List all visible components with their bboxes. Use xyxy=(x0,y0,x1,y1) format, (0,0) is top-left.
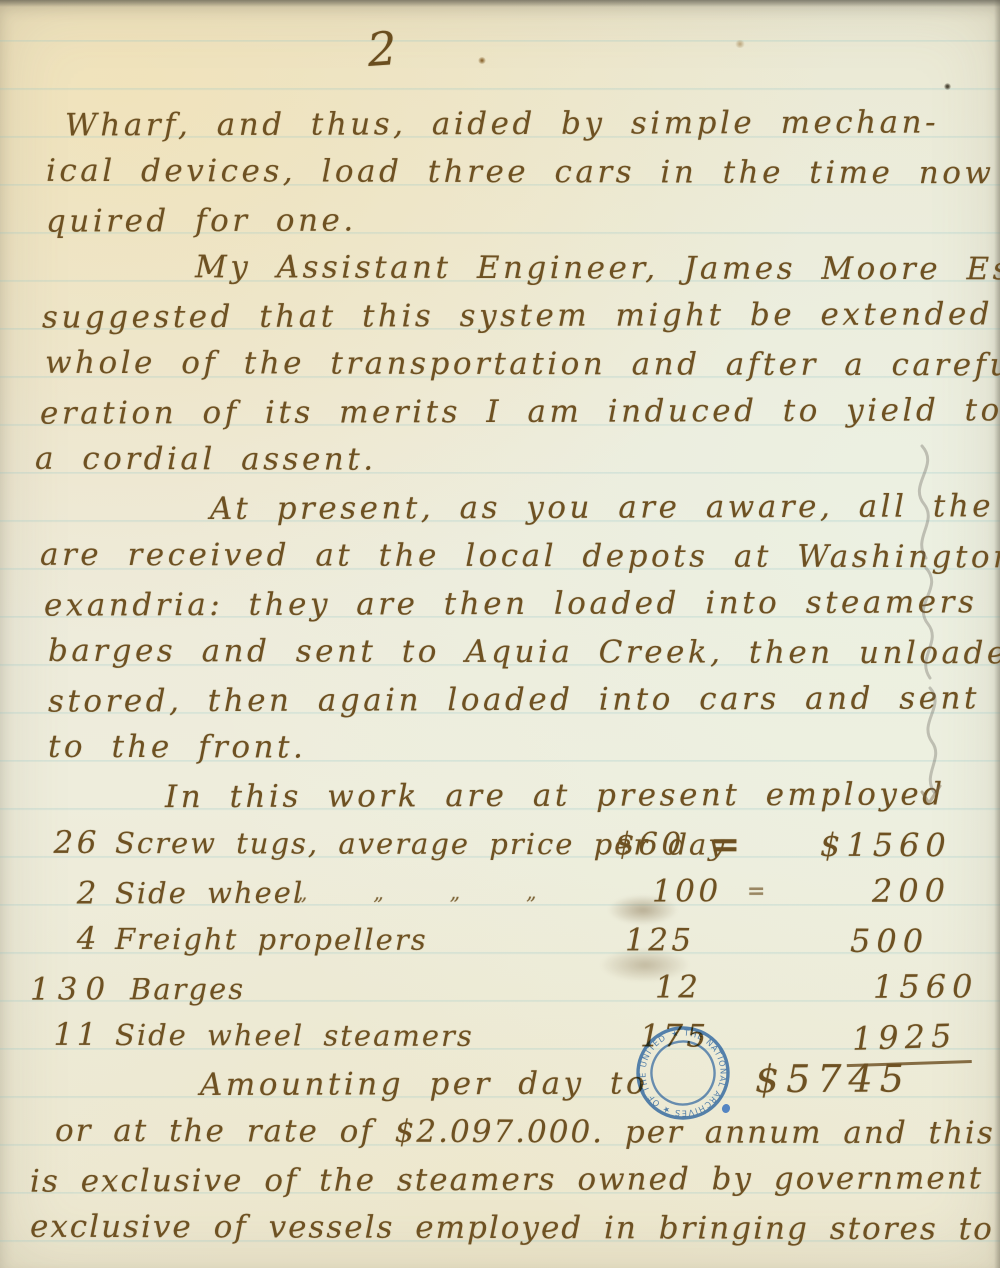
paper-top-edge xyxy=(0,0,1000,7)
table-row: 26 Screw tugs, average price per day $60… xyxy=(30,819,968,869)
table-row: 130 Barges 12 1560 xyxy=(30,962,968,1013)
foxing-spot xyxy=(944,83,951,90)
handwritten-line: to the front. xyxy=(30,723,968,773)
handwritten-line: are received at the local depots at Wash… xyxy=(30,531,968,581)
table-total-row: Amounting per day to $5745 xyxy=(30,1058,968,1109)
rate-per-day: 125 xyxy=(615,916,720,964)
scanned-manuscript-page: { "page": { "number": "2" }, "colors": {… xyxy=(0,0,1000,1268)
table-row: 2 Side wheel „„„„ 100 = 200 xyxy=(30,866,968,917)
ditto-marks: „„„„ xyxy=(275,868,637,917)
pencil-squiggle xyxy=(928,688,936,792)
handwritten-line: quired for one. xyxy=(30,194,968,245)
handwritten-line: Wharf, and thus, aided by simple mechan- xyxy=(30,98,968,149)
handwritten-line: is exclusive of the steamers owned by go… xyxy=(30,1154,968,1205)
equals-sign: = xyxy=(710,821,785,869)
total-amount: $5745 xyxy=(755,1055,911,1104)
equals-sign xyxy=(735,1013,810,1061)
total-label: Amounting per day to xyxy=(200,1059,648,1109)
handwritten-line: whole of the transportation and after a … xyxy=(30,339,968,389)
rate-per-day: 100 xyxy=(637,867,747,915)
handwritten-line: ical devices, load three cars in the tim… xyxy=(30,147,968,197)
handwritten-line: suggested that this system might be exte… xyxy=(30,290,968,341)
vessel-description: Side wheel steamers xyxy=(115,1011,615,1060)
table-row: 11 Side wheel steamers 175 1925 xyxy=(30,1011,968,1061)
handwritten-line: barges and sent to Aquia Creek, then unl… xyxy=(30,627,968,677)
handwritten-line: exclusive of vessels employed in bringin… xyxy=(30,1203,968,1253)
rate-per-day: 12 xyxy=(630,963,750,1011)
equals-sign xyxy=(720,917,795,965)
rate-per-day: $60 xyxy=(615,820,710,868)
pencil-squiggle xyxy=(923,568,932,678)
handwritten-line: a cordial assent. xyxy=(30,435,968,485)
equals-sign xyxy=(750,963,825,1011)
page-number: 2 xyxy=(350,20,414,78)
vessel-description: Screw tugs, average price per day xyxy=(115,819,615,868)
foxing-spot xyxy=(735,40,745,48)
vessel-description: Freight propellers xyxy=(115,915,615,964)
handwritten-line: My Assistant Engineer, James Moore Esq, xyxy=(30,243,968,293)
table-heading: In this work are at present employed xyxy=(30,770,968,821)
pencil-squiggle xyxy=(919,446,928,558)
daily-amount: 200 xyxy=(822,866,951,914)
vessel-count: 26 xyxy=(30,819,100,867)
manuscript-body: Wharf, and thus, aided by simple mechan-… xyxy=(30,100,968,1252)
handwritten-line: eration of its merits I am induced to yi… xyxy=(30,386,968,437)
daily-amount: $1560 xyxy=(785,821,952,869)
handwritten-line: stored, then again loaded into cars and … xyxy=(30,674,968,725)
vessel-description: Side wheel xyxy=(115,869,275,918)
vessel-count: 2 xyxy=(30,869,100,917)
handwritten-line: or at the rate of $2.097.000. per annum … xyxy=(30,1107,968,1157)
vessel-count: 130 xyxy=(30,965,100,1013)
vessel-count: 4 xyxy=(30,915,100,963)
daily-amount: 1560 xyxy=(825,962,979,1011)
table-row: 4 Freight propellers 125 500 xyxy=(30,915,968,965)
handwritten-line: exandria: they are then loaded into stea… xyxy=(30,578,968,629)
equals-sign: = xyxy=(747,867,822,915)
handwritten-line: At present, as you are aware, all the su… xyxy=(30,482,968,533)
pencil-marginalia xyxy=(882,440,970,820)
foxing-spot xyxy=(478,57,486,64)
daily-amount: 500 xyxy=(795,917,929,965)
vessel-description: Barges xyxy=(115,964,630,1014)
vessel-count: 11 xyxy=(30,1011,100,1059)
